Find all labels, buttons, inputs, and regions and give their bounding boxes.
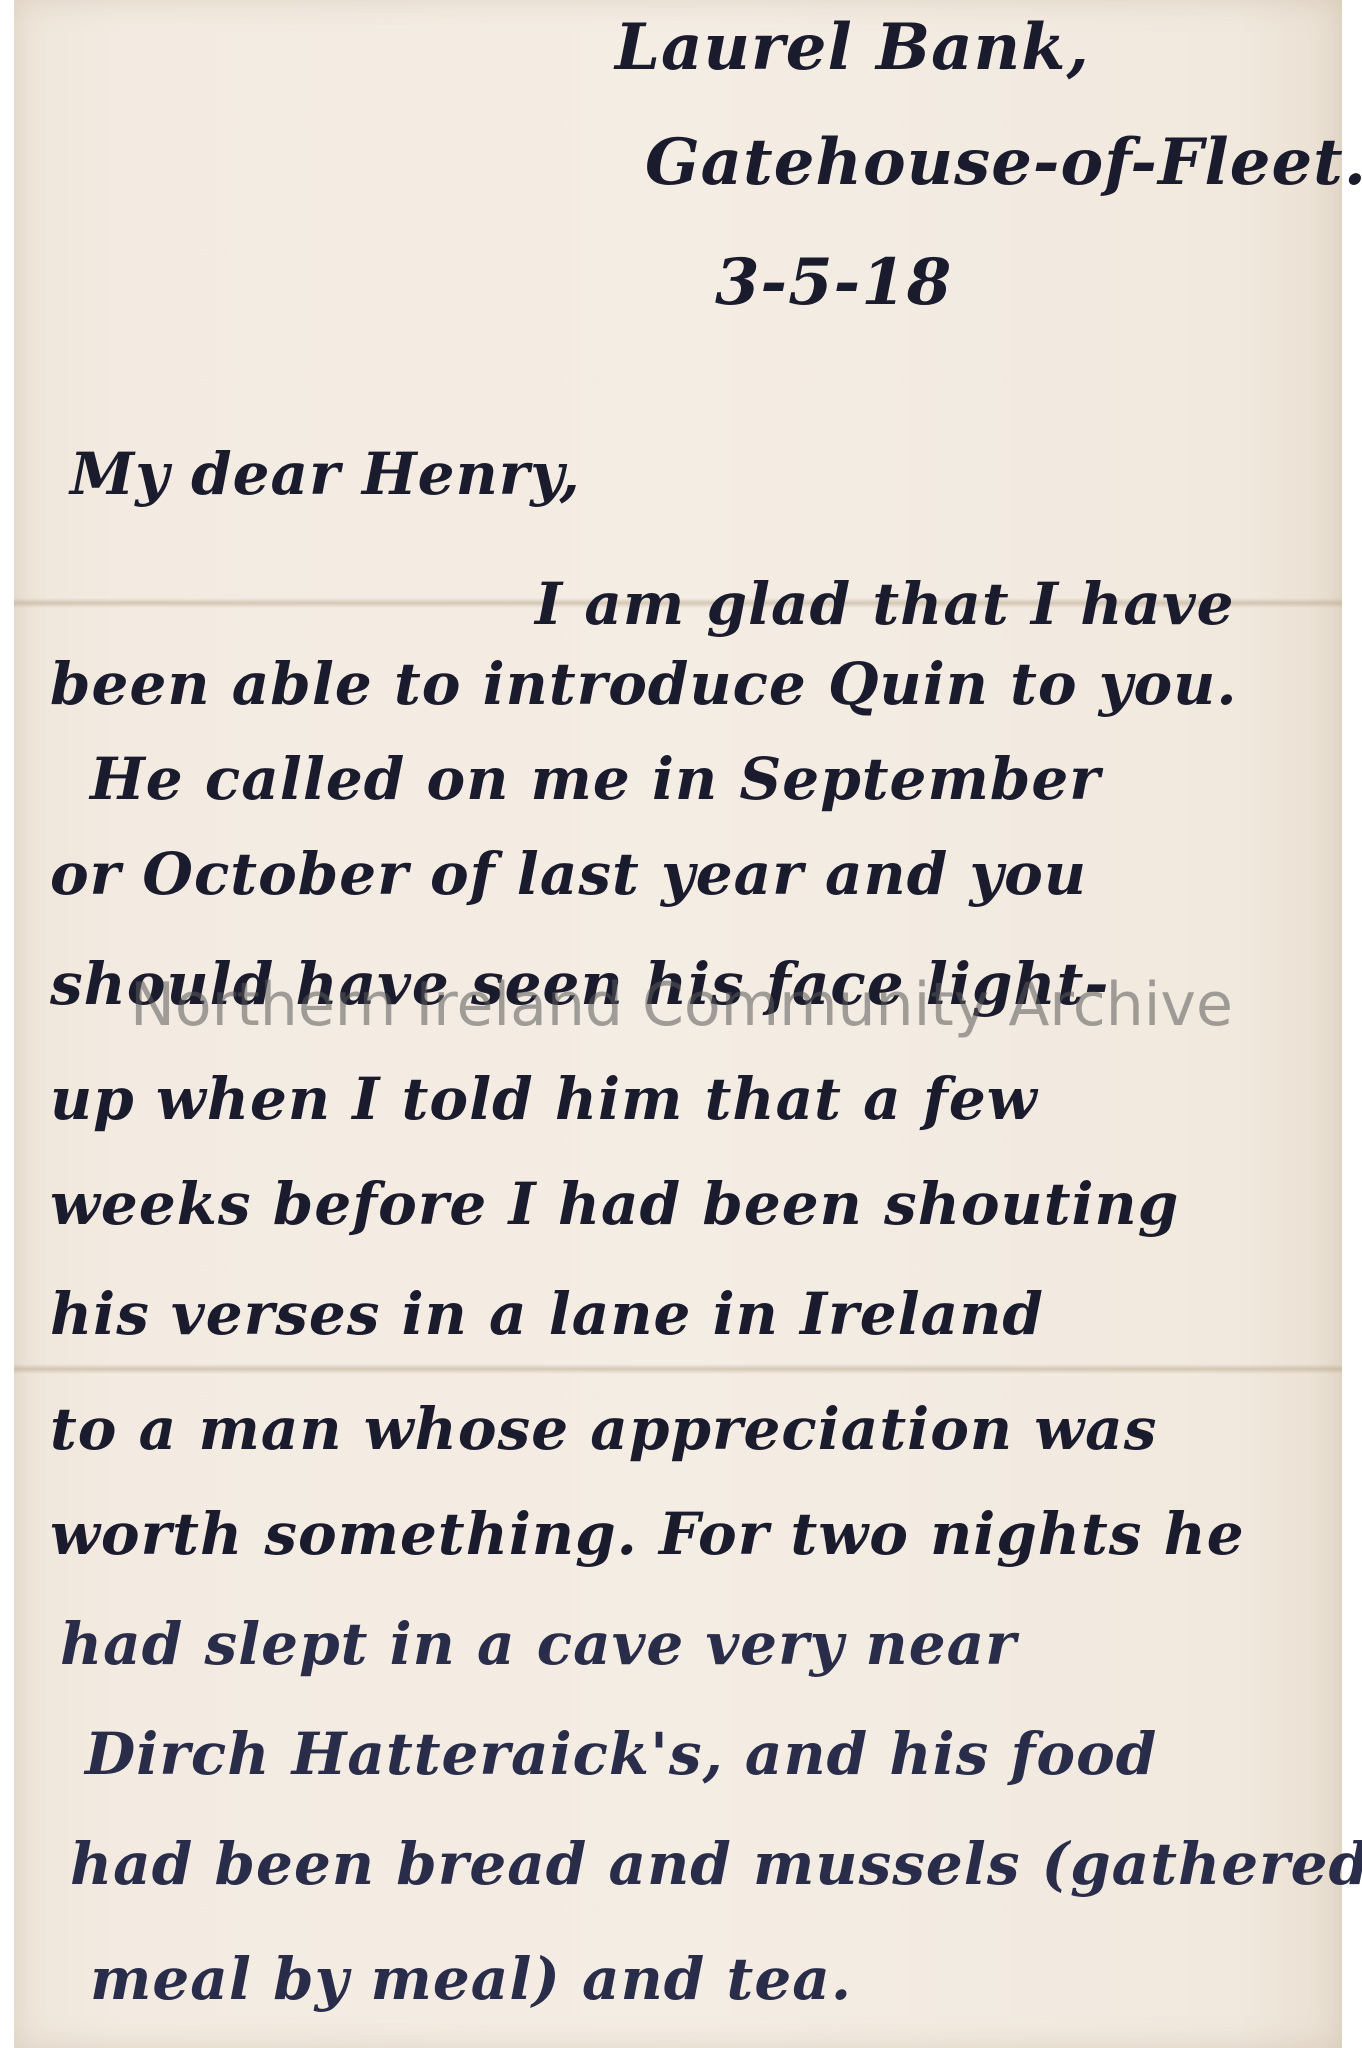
body-line-10: worth something. For two nights he	[50, 1500, 1245, 1568]
address-line-1: Laurel Bank,	[615, 10, 1090, 85]
address-line-2: Gatehouse-of-Fleet.	[645, 125, 1362, 200]
body-line-6: up when I told him that a few	[50, 1065, 1038, 1133]
body-line-12: Dirch Hatteraick's, and his food	[85, 1720, 1157, 1788]
body-line-7: weeks before I had been shouting	[50, 1170, 1179, 1238]
body-line-11: had slept in a cave very near	[60, 1610, 1017, 1678]
body-line-13: had been bread and mussels (gathered	[70, 1830, 1362, 1898]
body-line-4: or October of last year and you	[50, 840, 1087, 908]
body-line-8: his verses in a lane in Ireland	[50, 1280, 1044, 1348]
body-line-3: He called on me in September	[90, 745, 1101, 813]
scan-margin	[1342, 0, 1362, 2048]
body-line-14: meal by meal) and tea.	[90, 1945, 852, 2013]
salutation: My dear Henry,	[70, 440, 581, 508]
body-line-9: to a man whose appreciation was	[50, 1395, 1157, 1463]
body-line-1: I am glad that I have	[535, 570, 1235, 638]
archive-watermark: Northern Ireland Community Archive	[130, 970, 1233, 1040]
paper-fold-lower	[14, 1364, 1342, 1374]
letter-date: 3-5-18	[715, 245, 952, 320]
body-line-2: been able to introduce Quin to you.	[50, 650, 1238, 718]
